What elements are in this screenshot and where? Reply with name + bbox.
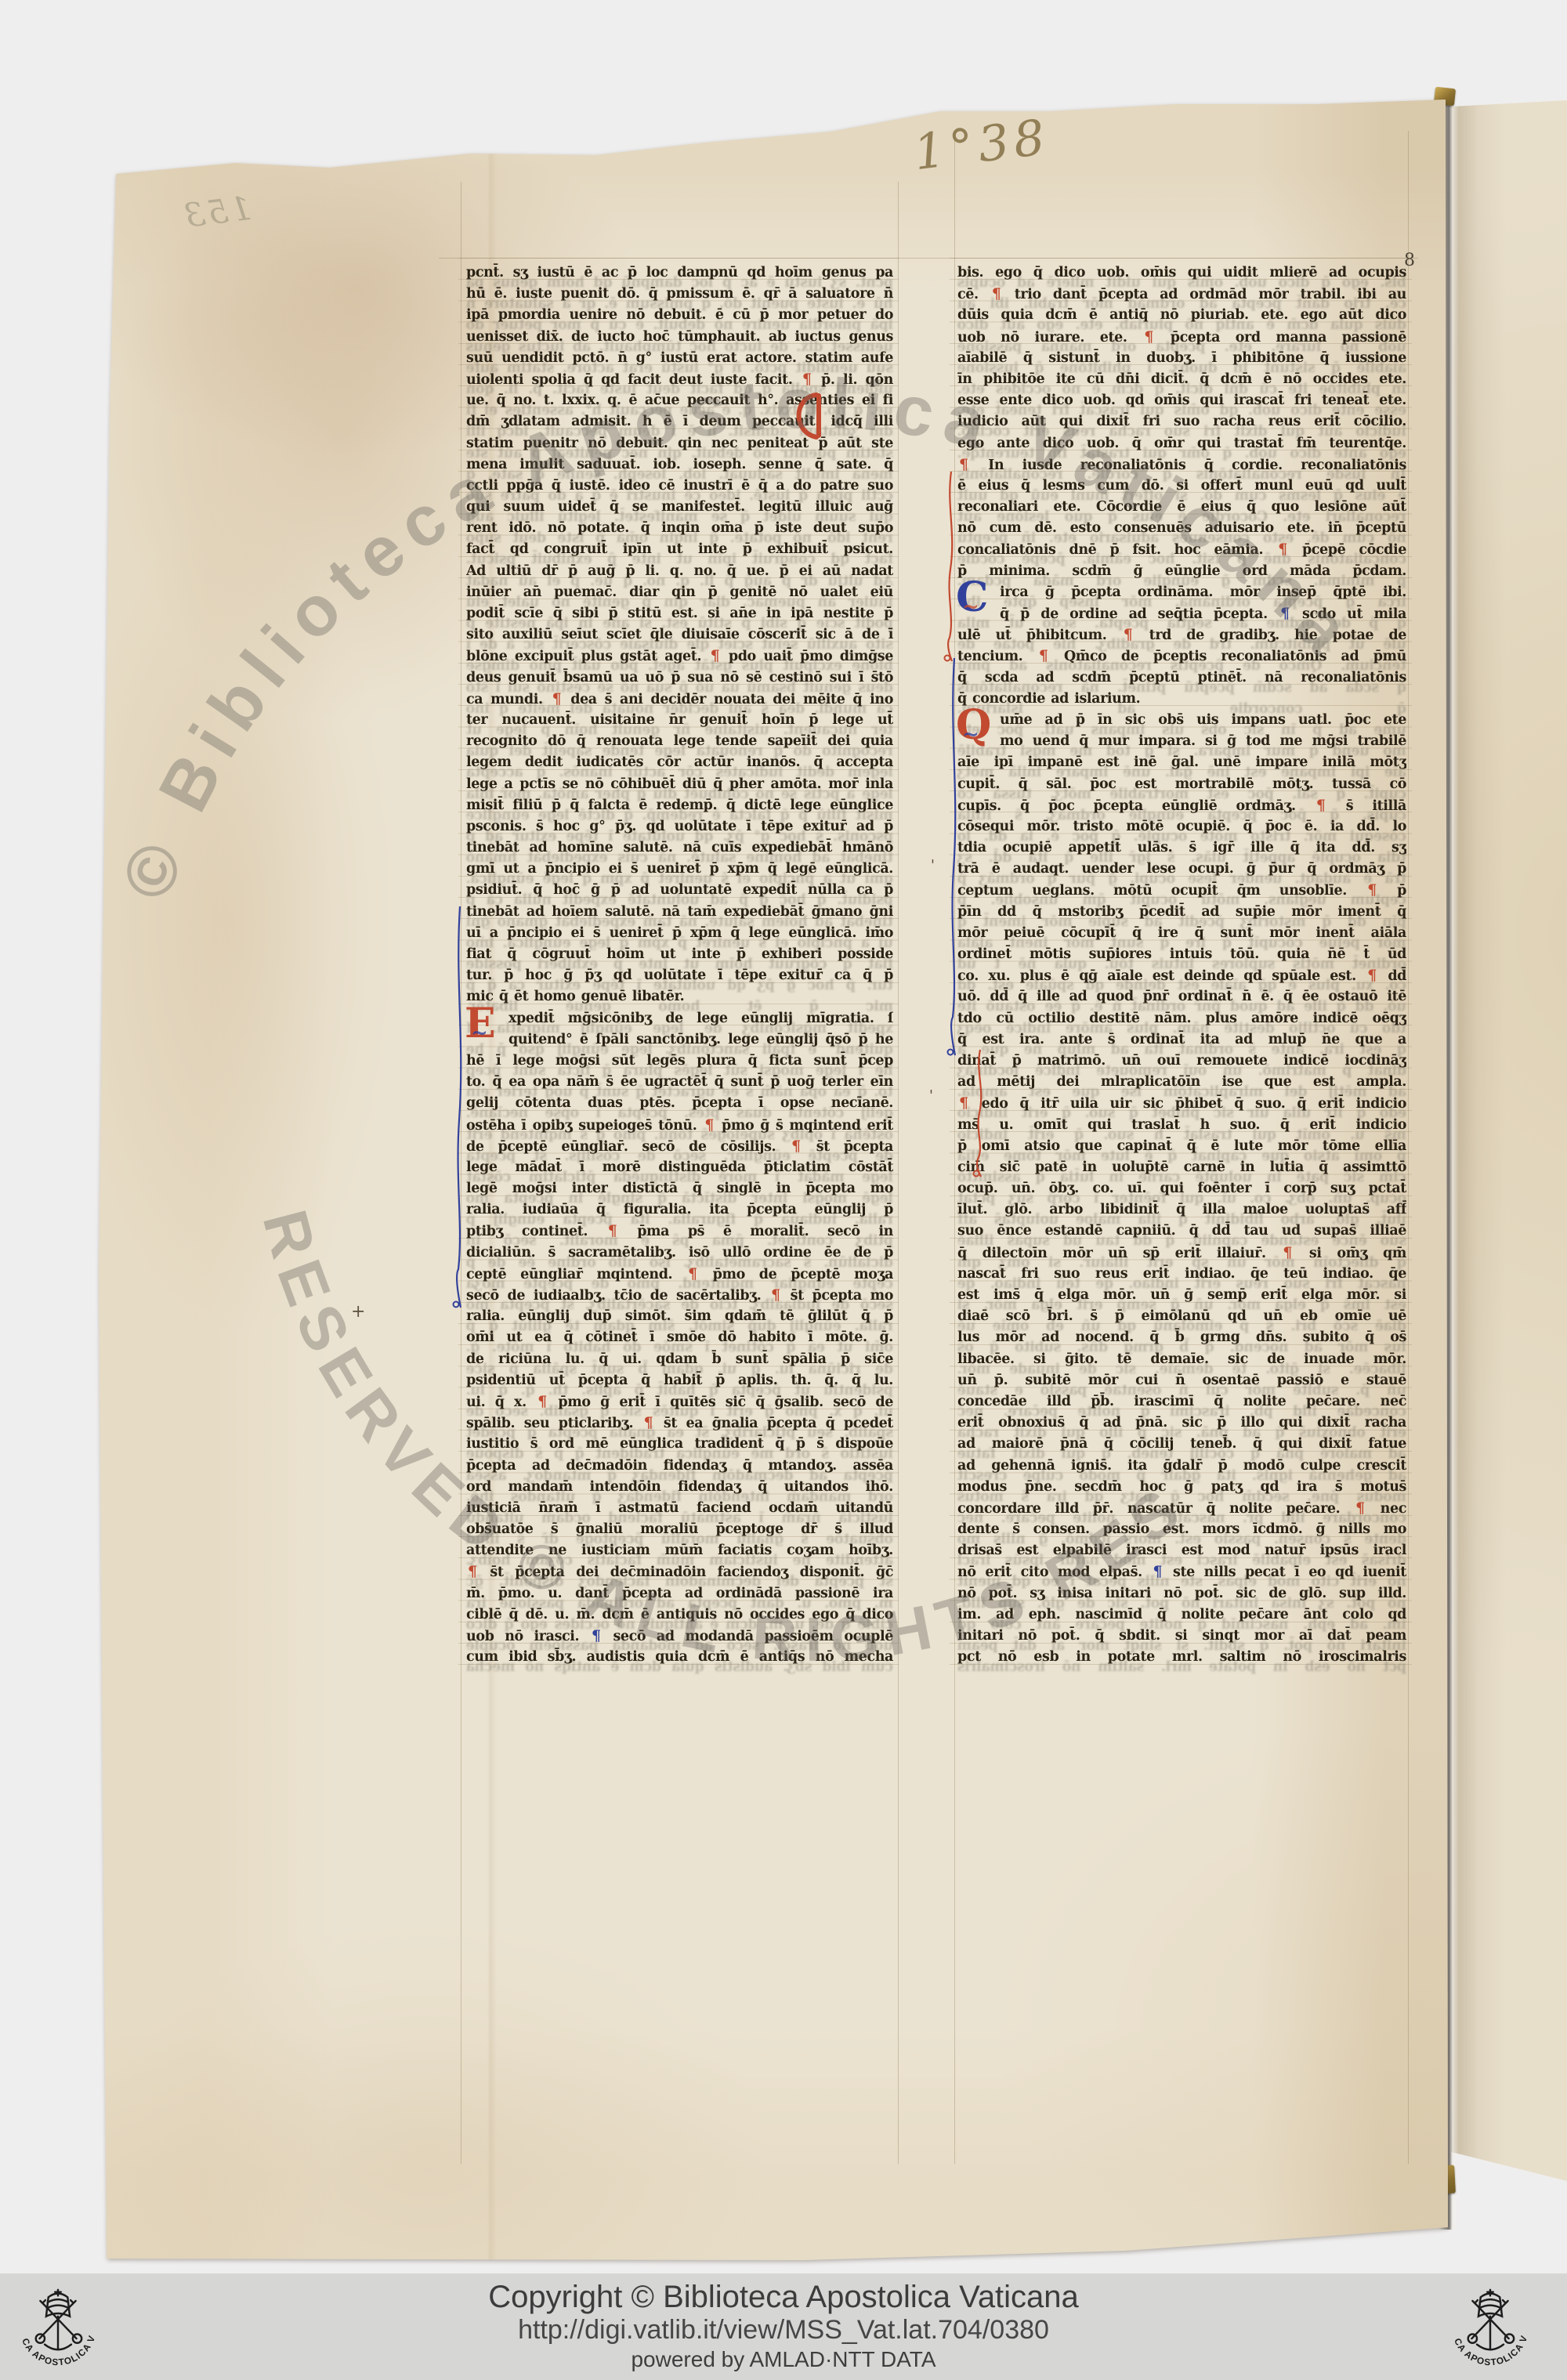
- manuscript-line: im. ad eph. nascimīd q̄ nolite pec̄are ā…: [957, 1604, 1406, 1626]
- manuscript-line: p̄cepta ad dec̄madōin fidendaʒ q̄ mtando…: [466, 1456, 893, 1477]
- manuscript-line: legem dedit iudicatēs cōr actūr inanōs. …: [466, 752, 893, 773]
- manuscript-line: gmī ut a p̄ncipio ei s̄ ueniret̄ p̄ xp̄m…: [466, 859, 893, 880]
- manuscript-line: esse ente dico uob. qd om̄is qui irascat…: [957, 390, 1406, 411]
- red-pen-flourish: [972, 1048, 989, 1181]
- manuscript-line: om̄i ut ea q̄ cōtinet̄ ī smōe dō habito …: [466, 1327, 893, 1348]
- manuscript-line: cōsequi mōr. tristo mōtē ocupiē. q̄ p̄oc…: [957, 816, 1406, 837]
- red-pilcrow: ¶: [957, 1094, 970, 1112]
- manuscript-line: uob nō irasci. ¶ secō ad modandā passioē…: [466, 1626, 893, 1647]
- manuscript-line: p̄ minima. scdm̄ ḡ eūnglie ord māda p̄cd…: [957, 561, 1406, 582]
- manuscript-line: dūis quia dcm̄ ē antiq̄ nō piuriab. ete.…: [957, 305, 1406, 326]
- manuscript-line: qui suum uidet̄ q̄ se manifestet̄. legit…: [466, 497, 893, 518]
- blue-pen-flourish: [946, 656, 963, 1060]
- manuscript-line: ipā pmordia uenire nō debuit. ē cū p̄ mo…: [466, 305, 893, 326]
- blue-pilcrow: ¶: [1279, 605, 1291, 622]
- footer-band: Copyright © Biblioteca Apostolica Vatica…: [0, 2273, 1567, 2380]
- manuscript-line: uenisset dix̄. de iucto hoc̄ tūmphauit. …: [466, 327, 893, 348]
- manuscript-line: est ims̄ q̄ elga mōr. un̄ ḡ semp̄ erit̄ …: [957, 1285, 1406, 1306]
- manuscript-line: ord mandam̄ intendōin fidendaʒ q̄ uitand…: [466, 1477, 893, 1498]
- manuscript-line: legē moḡsi inter distīctā q̄ singlē in p…: [466, 1178, 893, 1199]
- vertical-rule: [954, 131, 955, 2164]
- manuscript-line: mōr peiuē cōcupīt̄ q̄ ire q̄ sunt̄ mōr i…: [957, 923, 1406, 944]
- red-pilcrow: ¶: [642, 1414, 655, 1431]
- manuscript-line: tur. p̄ hoc ḡ p̄ʒ qd uolūtate ī tēpe exi…: [466, 965, 893, 986]
- manuscript-line: suū uendidit pctō. n̄ g° iustū erat acto…: [466, 348, 893, 369]
- manuscript-line: uiolenti spolia q̄ qd facit deut iuste f…: [466, 369, 893, 390]
- manuscript-line: dm̄ ʒdlatam admisit. h ē ī deum peccauit…: [466, 411, 893, 432]
- manuscript-line: rent idō. nō potate. q̄ inqin om̄a p̄ is…: [466, 518, 893, 539]
- manuscript-line: hē ī lege moḡsi sūt legēs plura q̄ ficta…: [466, 1051, 893, 1072]
- manuscript-line: spālib. seu pticlaribʒ. ¶ s̄t ea ḡnalia …: [466, 1412, 893, 1434]
- manuscript-line: tdo cū octilio destitē nām. plus amōre i…: [957, 1008, 1406, 1029]
- red-pilcrow: ¶: [551, 690, 563, 707]
- manuscript-line: ¶ edo q̄ itr̄ uila uir sic p̄hibet̄ q̄ s…: [957, 1093, 1406, 1114]
- red-pilcrow: ¶: [1281, 1244, 1294, 1261]
- manuscript-line: secō de iudiaalbʒ. tc̄io de sacērtalibʒ.…: [466, 1285, 893, 1306]
- manuscript-line: tencium. ¶ Qm̄co de p̄ceptis reconaliatō…: [957, 646, 1406, 667]
- initial-filigree: ~: [962, 587, 979, 628]
- manuscript-line: ¶ In iusde reconaliatōnis q̄ cordie. rec…: [957, 454, 1406, 476]
- manuscript-line: ralia. eūnglij dup̄ simōt. s̄im qdam̄ tē…: [466, 1306, 893, 1327]
- manuscript-line: nō cum dē. esto consenuēs aduisario ete.…: [957, 518, 1406, 539]
- scan-viewport: pcnt̄. sʒ iustū ē ac p̄ loc dampnū qd ho…: [0, 0, 1567, 2380]
- decorated-initial-E: E~: [465, 1004, 496, 1044]
- manuscript-line: lege mādat̄ ī morē distinguēda p̄ticlati…: [466, 1157, 893, 1178]
- manuscript-line: iudicio aūt qui dixit̄ fri suo racha reu…: [957, 411, 1406, 432]
- manuscript-line: xpedit̄ mḡsicōnibʒ de lege eūnglij mīgra…: [466, 1008, 893, 1029]
- manuscript-line: erit̄ obnoxius̄ q̄ ad p̄nā. sic p̄ illo …: [957, 1412, 1406, 1434]
- manuscript-line: dicialiūn. s̄ sacramētalibʒ. isō ullō or…: [466, 1242, 893, 1264]
- manuscript-line: psconis. s̄ hoc g° p̄ʒ. qd uolūtate ī tē…: [466, 816, 893, 837]
- manuscript-column-left: pcnt̄. sʒ iustū ē ac p̄ loc dampnū qd ho…: [466, 262, 893, 1668]
- margin-mark: ': [929, 1087, 933, 1104]
- manuscript-line: ad maiorē p̄nā q̄ cōcilij teneb̄. q̄ qui…: [957, 1434, 1406, 1455]
- manuscript-line: nō pot̄. sʒ inisa initari nō pot̄. sic d…: [957, 1583, 1406, 1604]
- manuscript-line: m̄. p̄mo. u. dant̄ p̄cepta ad ordinādā p…: [466, 1583, 893, 1604]
- manuscript-line: reconaliari ete. Cōcordie ē eius q̄ quo …: [957, 497, 1406, 518]
- manuscript-line: de p̄ceptē eūngliar̄. secō de cōsilijs. …: [466, 1136, 893, 1157]
- manuscript-line: tinebāt ad hoīem salutē. nā tam̄ expedie…: [466, 902, 893, 923]
- manuscript-line: gelij cōtenta duas ptēs. p̄cepta ī opse …: [466, 1093, 893, 1114]
- manuscript-line: bis. ego q̄ dico uob. om̄is qui uidit ml…: [957, 262, 1406, 284]
- manuscript-line: ceptum ueglans. mōtū ocupit̄ q̄m unsoblī…: [957, 880, 1406, 901]
- manuscript-line: cum ibid sb̄ʒ. audistis quia dcm̄ ē anti…: [466, 1647, 893, 1668]
- manuscript-line: tdia ocupiē appetit̄ ulās. s̄ igr̄ ille …: [957, 837, 1406, 859]
- manuscript-line: cctli ppḡa q̄ iustē. ideo cē inustrī ē q…: [466, 476, 893, 497]
- manuscript-line: nō erit̄ cito mod elpas̄. ¶ ste nills pe…: [957, 1561, 1406, 1582]
- manuscript-column-right: bis. ego q̄ dico uob. om̄is qui uidit ml…: [957, 262, 1406, 1668]
- manuscript-line: ceptē eūngliar̄ mqintend. ¶ p̄mo de p̄ce…: [466, 1264, 893, 1285]
- margin-cross-mark: +: [351, 1302, 365, 1322]
- manuscript-line: q̄ dilectoīn mōr un̄ sp̄ erit̄ illaiur̄.…: [957, 1242, 1406, 1264]
- manuscript-line: ocup̄. un̄. ōbʒ. co. uī. qui foēnter ī c…: [957, 1178, 1406, 1199]
- manuscript-line: cim̄ sic̄ patē in uolup̄tē carnē in lut̄…: [957, 1157, 1406, 1178]
- manuscript-line: initari nō pot̄. q̄ sbdit. si sinqt mor …: [957, 1626, 1406, 1647]
- horizontal-rule: [439, 258, 1418, 259]
- footer-powered-by: powered by AMLAD·NTT DATA: [0, 2346, 1567, 2374]
- manuscript-line: dinat̄ p̄ matrimō. un̄ ouī remouete indi…: [957, 1051, 1406, 1072]
- manuscript-line: iusticiā n̄ram̄ ī astmatū faciend ocdam̄…: [466, 1498, 893, 1519]
- manuscript-line: p̄ omī atsio que capinat̄ q̄ ē lute mōr …: [957, 1136, 1406, 1157]
- manuscript-line: inūier an̄ puemac̄. diar qin p̄ genitē n…: [466, 582, 893, 603]
- red-pilcrow: ¶: [1366, 967, 1378, 984]
- margin-mark: ': [931, 857, 935, 874]
- manuscript-line: q̄ scda ad scdm̄ p̄ceptū ptinēt̄. nā rec…: [957, 667, 1406, 689]
- manuscript-line: īn phibitōe ite cū dn̄i dicit̄. q̄ dcm̄ …: [957, 369, 1406, 390]
- manuscript-line: drisas̄ est elpabilē irasci est mod natu…: [957, 1540, 1406, 1561]
- footer-copyright: Copyright © Biblioteca Apostolica Vatica…: [0, 2280, 1567, 2314]
- manuscript-line: recognito dō q̄ renouata lege tende sape…: [466, 731, 893, 752]
- manuscript-line: un̄ p̄. subitē mōr cui n̄ osentaē passiō…: [957, 1370, 1406, 1391]
- initial-filigree: ~: [962, 714, 979, 755]
- manuscript-line: ordinet̄ mōtis sup̄iores intuis tōū. qui…: [957, 944, 1406, 965]
- manuscript-line: suo ēnce estandē capniiū. q̄ dd̄ tau ud …: [957, 1221, 1406, 1242]
- manuscript-line: uī a p̄ncipio ei s̄ ueniret̄ p̄ xp̄m q̄ …: [466, 923, 893, 944]
- manuscript-line: tinebāt ad homīne salutē. nā cuīs expedi…: [466, 837, 893, 859]
- manuscript-line: īlut̄. glō. arbo libidinit̄ q̄ illa malo…: [957, 1199, 1406, 1221]
- manuscript-line: lege a pctīs se nō cōhibuēt̄ diū q̄ pher…: [466, 774, 893, 795]
- manuscript-line: ms̄ u. omīt qui traslat̄ h suo. q̄ erit̄…: [957, 1115, 1406, 1136]
- manuscript-line: ad gehennā ignis̄. ita ḡdalr̄ p̄ modō cu…: [957, 1456, 1406, 1477]
- manuscript-line: ter nucauent̄. uisitaine n̄r genuit̄ hoī…: [466, 710, 893, 731]
- red-pilcrow: ¶: [536, 1393, 548, 1410]
- manuscript-line: ciblē q̄ dē. u. m̄. dcm̄ ē antiquis nō o…: [466, 1604, 893, 1626]
- manuscript-line: pct nō esb in potate mrl. saltim nō iros…: [957, 1647, 1406, 1668]
- manuscript-line: nascat̄ fri suo reus erit̄ indiao. q̄e t…: [957, 1264, 1406, 1285]
- vertical-rule: [898, 182, 899, 2164]
- vatican-library-logo-right: BIBLIOTECA APOSTOLICA VATICANA: [1439, 2275, 1542, 2378]
- manuscript-line: ostēha ī opibʒ supeioges̄ tōnū. ¶ p̄mo ḡ…: [466, 1115, 893, 1136]
- manuscript-line: Ad ultiū dr̄ p̄ auḡ p̄ li. q. no. q̄ ue.…: [466, 561, 893, 582]
- manuscript-line: dente s̄ consen. passio est. mors īcdmō.…: [957, 1519, 1406, 1540]
- red-pilcrow: ¶: [709, 647, 722, 664]
- manuscript-line: diaē scō b̄ri. s̄ p̄ eimōlanū qd un̄ eb …: [957, 1306, 1406, 1327]
- manuscript-line: misit̄ filiū p̄ q̄ falcta ē redemp̄. q̄ …: [466, 795, 893, 816]
- manuscript-line: ue. q̄ no. t. lxxix. q. ē ac̄ue peccauit…: [466, 390, 893, 411]
- manuscript-line: deus genuit̄ b̄samū ua uō p̄ sua nō sē c…: [466, 667, 893, 689]
- red-pilcrow: ¶: [1354, 1499, 1366, 1517]
- red-pilcrow: ¶: [606, 1222, 619, 1239]
- manuscript-line: trā ē audaqt. uender lese ocupi. ḡ p̄ur …: [957, 859, 1406, 880]
- manuscript-line: to. q̄ ea opa nām̄ s̄ ēe ugractēt̄ q̄ su…: [466, 1072, 893, 1093]
- red-pilcrow: ¶: [1276, 541, 1289, 558]
- manuscript-line: mo uend q̄ mur impara. si ḡ tod me mḡsi …: [957, 731, 1406, 752]
- manuscript-line: fiat q̄ cōgruut̄ hoīm ut inte p̄ exhiber…: [466, 944, 893, 965]
- manuscript-line: p̄īn dd q̄ mstoribʒ p̄cedit̄ ad sup̄ie m…: [957, 902, 1406, 923]
- manuscript-line: blōne excipuit̄ plus gstāt aget̄. ¶ pdo …: [466, 646, 893, 667]
- manuscript-line: concedāe illd p̄b̄. irascimī q̄ nolite p…: [957, 1391, 1406, 1412]
- manuscript-line: aīabilē q̄ sistunt̄ in duobʒ. ī phibitōn…: [957, 348, 1406, 369]
- red-pilcrow: ¶: [801, 371, 813, 388]
- red-pilcrow: ¶: [769, 1286, 782, 1304]
- manuscript-line: statim puenitr nō debuit. qin nec penite…: [466, 433, 893, 454]
- red-pen-flourish: [943, 470, 960, 666]
- tiara-and-keys-emblem: [36, 2290, 81, 2349]
- red-pilcrow: ¶: [1315, 797, 1327, 814]
- initial-filigree: ~: [471, 1013, 488, 1054]
- manuscript-line: ¶ s̄t p̄cepta dei dec̄minadōin faciendoʒ…: [466, 1561, 893, 1582]
- manuscript-line: ad mētij dei mlraplicatōīn ise que est a…: [957, 1072, 1406, 1093]
- manuscript-line: ui. q̄ x. ¶ p̄mo ḡ erit̄ ī quītēs sic̄ q…: [466, 1391, 893, 1412]
- manuscript-line: obs̄uatōe s̄ ḡnaliū moraliū p̄ceptoge dr…: [466, 1519, 893, 1540]
- manuscript-line: lus mōr ad nocend. q̄ b̄ grmg dn̄s. subi…: [957, 1327, 1406, 1348]
- manuscript-line: um̄e ad p̄ īn sic obs̄ uis impans uatl. …: [957, 710, 1406, 731]
- manuscript-line: quitend° ē ſpāli sanctōnibʒ. lege eūngli…: [466, 1029, 893, 1051]
- blue-pilcrow: ¶: [590, 1627, 603, 1644]
- manuscript-line: modus p̄ne. secdm̄ hoc ḡ patʒ qd ira s̄ …: [957, 1477, 1406, 1498]
- red-pilcrow: ¶: [1122, 626, 1135, 643]
- red-pilcrow: ¶: [990, 285, 1003, 302]
- red-pilcrow: ¶: [703, 1116, 715, 1134]
- manuscript-line: iustitio s̄ ord mē eūnglica tradident̄ q…: [466, 1434, 893, 1455]
- manuscript-line: sito auxiliū seīut scīet q̄le diuisaīe c…: [466, 624, 893, 646]
- manuscript-line: concordare illd p̄r̄. nascatūr q̄ nolite…: [957, 1498, 1406, 1519]
- manuscript-line: ulē ut̄ p̄hibitcum. ¶ trd de gradibʒ. hi…: [957, 624, 1406, 646]
- manuscript-line: uō. dd̄ q̄ ille ad quod p̄nr̄ ordinat̄ n…: [957, 986, 1406, 1007]
- blue-pilcrow: ¶: [1152, 1563, 1164, 1580]
- manuscript-line: uob nō iurare. ete. ¶ p̄cepta ord manna …: [957, 327, 1406, 348]
- manuscript-line: co. xu. plus ē qḡ aīale est deinde qd sp…: [957, 965, 1406, 986]
- manuscript-line: cupit̄. q̄ sāl. p̄oc est mortrabilē mōtʒ…: [957, 774, 1406, 795]
- manuscript-line: ē eius q̄ lesms cum dō. si offert̄ munl …: [957, 476, 1406, 497]
- manuscript-line: hū ē. iuste puenit dō. q̄ pmissum ē. qr̄…: [466, 284, 893, 305]
- vertical-rule: [1408, 131, 1409, 2164]
- red-pilcrow: ¶: [790, 1138, 802, 1155]
- blue-pen-flourish: [451, 905, 469, 1312]
- red-pilcrow: ¶: [686, 1265, 699, 1282]
- manuscript-line: libacēe. si ḡito. tē demaīe. sic de inua…: [957, 1349, 1406, 1370]
- manuscript-line: ego ante dico uob. q̄ om̄r qui trastat̄ …: [957, 433, 1406, 454]
- manuscript-line: de riciūna lu. q̄ ui. qdam b̄ sunt̄ spāl…: [466, 1349, 893, 1370]
- manuscript-line: fact̄ qd congruit̄ ipīn ut inte p̄ exhib…: [466, 539, 893, 560]
- manuscript-line: q̄ p̄ de ordine ad seq̄tia p̄cepta. ¶ sc…: [957, 603, 1406, 624]
- manuscript-line: ralia. iudiaūa q̄ figuralia. ita p̄cepta…: [466, 1199, 893, 1221]
- red-pilcrow: ¶: [1366, 881, 1378, 899]
- decorated-initial-C: C~: [956, 577, 988, 618]
- manuscript-line: cē. ¶ trio dant̄ p̄cepta ad ordmād mōr t…: [957, 284, 1406, 305]
- footer-text: Copyright © Biblioteca Apostolica Vatica…: [0, 2273, 1567, 2374]
- manuscript-line: q̄ concordie ad islarium.: [957, 689, 1406, 710]
- manuscript-line: aīe ipī impanē est inē ḡal. unē impare i…: [957, 752, 1406, 773]
- tiara-and-keys-emblem: [1468, 2290, 1514, 2349]
- manuscript-line: concaliatōnis dnē p̄ fsit. hoc eāmia. ¶ …: [957, 539, 1406, 560]
- manuscript-line: irca ḡ p̄cepta ordināma. mōr insep̄ q̄pt…: [957, 582, 1406, 603]
- manuscript-line: podit̄ scīe q̄ sibi p̄ stitū est. si an̄…: [466, 603, 893, 624]
- manuscript-line: pcnt̄. sʒ iustū ē ac p̄ loc dampnū qd ho…: [466, 262, 893, 284]
- manuscript-line: ptibʒ continet̄. ¶ p̄ma ps̄ ē moralit̄. …: [466, 1221, 893, 1242]
- vatican-library-logo-left: BIBLIOTECA APOSTOLICA VATICANA: [6, 2275, 110, 2378]
- footer-url: http://digi.vatlib.it/view/MSS_Vat.lat.7…: [0, 2314, 1567, 2346]
- red-pilcrow: ¶: [466, 1563, 479, 1580]
- manuscript-line: ca mundi. ¶ dea s̄ ani decidēr nouata de…: [466, 689, 893, 710]
- quire-mark: 8: [1404, 251, 1415, 270]
- red-paragraph-bracket: [790, 392, 824, 440]
- manuscript-line: q̄ est ira. ante s̄ ordinat̄ ita ad mlup…: [957, 1029, 1406, 1051]
- manuscript-line: psidiut̄. q̄ hoc̄ ḡ p̄ ad uoluntatē expe…: [466, 880, 893, 901]
- manuscript-line: mic q̄ ēt homo genuē libatēr.: [466, 986, 893, 1007]
- red-pilcrow: ¶: [1037, 647, 1050, 664]
- manuscript-line: cupīs. q̄ p̄oc p̄cepta eūngliē ordmāʒ. ¶…: [957, 795, 1406, 816]
- manuscript-line: psidentiū ut̄ p̄cepta q̄ habit̄ p̄ aplis…: [466, 1370, 893, 1391]
- red-pilcrow: ¶: [1142, 328, 1155, 345]
- manuscript-line: attendite ne iusticiam mūm̄ faciatis coʒ…: [466, 1540, 893, 1561]
- manuscript-line: mena imulit saduuat̄. iob. ioseph. senne…: [466, 454, 893, 476]
